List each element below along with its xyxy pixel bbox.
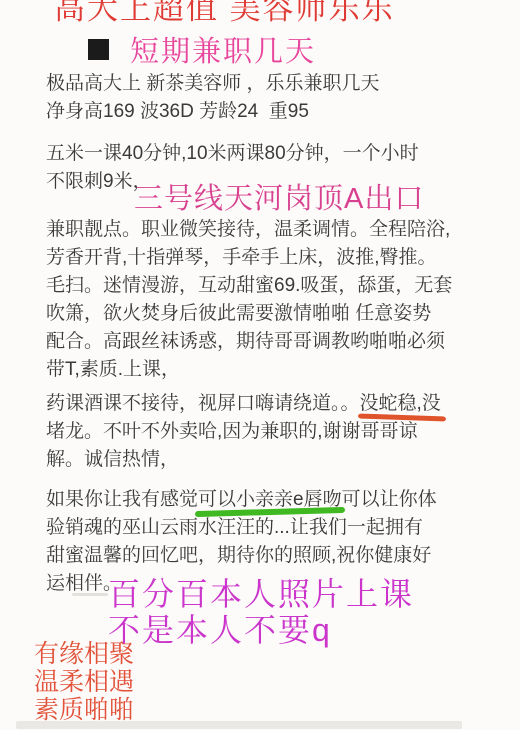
rules-paragraph: 药课酒课不接待，视屏口嗨请绕道。。没蛇稳,没堵龙。不叶不外卖哈,因为兼职的,谢谢… — [46, 390, 520, 474]
intro-paragraph: 极品高大上 新茶美容师 ，乐乐兼职几天净身高169 波36D 芳龄24 重95 — [46, 70, 520, 126]
text-line: 毛扫。迷情漫游，互动甜蜜69.吸蛋，舔蛋，无套 — [46, 272, 520, 300]
subtitle-row: 短期兼职几天 — [88, 34, 520, 64]
photo-claim-heading: 百分百本人照片上课 — [108, 576, 520, 612]
services-paragraph: 兼职靓点。职业微笑接待，温柔调情。全程陪浴,芳香开背,十指弹琴，手牵手上床，波推… — [46, 216, 520, 384]
location-heading: 三号线天河岗顶A出口 — [134, 184, 520, 214]
text-line: 验销魂的巫山云雨水汪汪的...让我们一起拥有 — [46, 514, 520, 542]
text-line: 药课酒课不接待，视屏口嗨请绕道。。没蛇稳,没 — [46, 390, 520, 418]
slogan-line: 温柔相遇 — [34, 668, 520, 696]
text-line: 五米一课40分钟,10米两课80分钟，一个小时 — [46, 140, 520, 168]
text-segment: 可以让你体 — [342, 489, 437, 510]
faint-gray-line — [72, 593, 108, 596]
text-line: 极品高大上 新茶美容师 ，乐乐兼职几天 — [46, 70, 520, 98]
text-line: 配合。高跟丝袜诱惑，期待哥哥调教哟啪啪必须 — [46, 328, 520, 356]
square-bullet-icon — [88, 39, 109, 60]
text-line: 兼职靓点。职业微笑接待，温柔调情。全程陪浴, — [46, 216, 520, 244]
text-line: 净身高169 波36D 芳龄24 重95 — [46, 98, 520, 126]
text-segment: 如果你让我有感觉 — [46, 489, 198, 510]
text-line: 芳香开背,十指弹琴，手牵手上床，波推,臀推。 — [46, 244, 520, 272]
bottom-gray-bar — [16, 721, 462, 729]
red-underlined-text: 没蛇稳,没 — [360, 393, 441, 414]
text-line: 如果你让我有感觉可以小亲亲e唇吻可以让你体 — [46, 486, 520, 514]
page-title: 高大上超值 美容师乐乐 — [54, 0, 520, 26]
subtitle: 短期兼职几天 — [130, 29, 316, 70]
green-underlined-text: 可以小亲亲e唇吻 — [198, 489, 342, 510]
text-line: 解。诚信热情， — [46, 446, 520, 474]
text-line: 吹箫，欲火焚身后彼此需要激情啪啪 任意姿势 — [46, 300, 520, 328]
text-line: 甜蜜温馨的回忆吧，期待你的照顾,祝你健康好 — [46, 542, 520, 570]
slogan-line: 素质啪啪 — [34, 696, 520, 724]
slogan-list: 有缘相聚 温柔相遇 素质啪啪 — [34, 640, 520, 724]
text-segment: 药课酒课不接待，视屏口嗨请绕道。。 — [46, 393, 360, 414]
text-line: 带T,素质.上课， — [46, 356, 520, 384]
text-line: 堵龙。不叶不外卖哈,因为兼职的,谢谢哥哥谅 — [46, 418, 520, 446]
ad-page: 高大上超值 美容师乐乐 短期兼职几天 极品高大上 新茶美容师 ，乐乐兼职几天净身… — [0, 0, 520, 730]
